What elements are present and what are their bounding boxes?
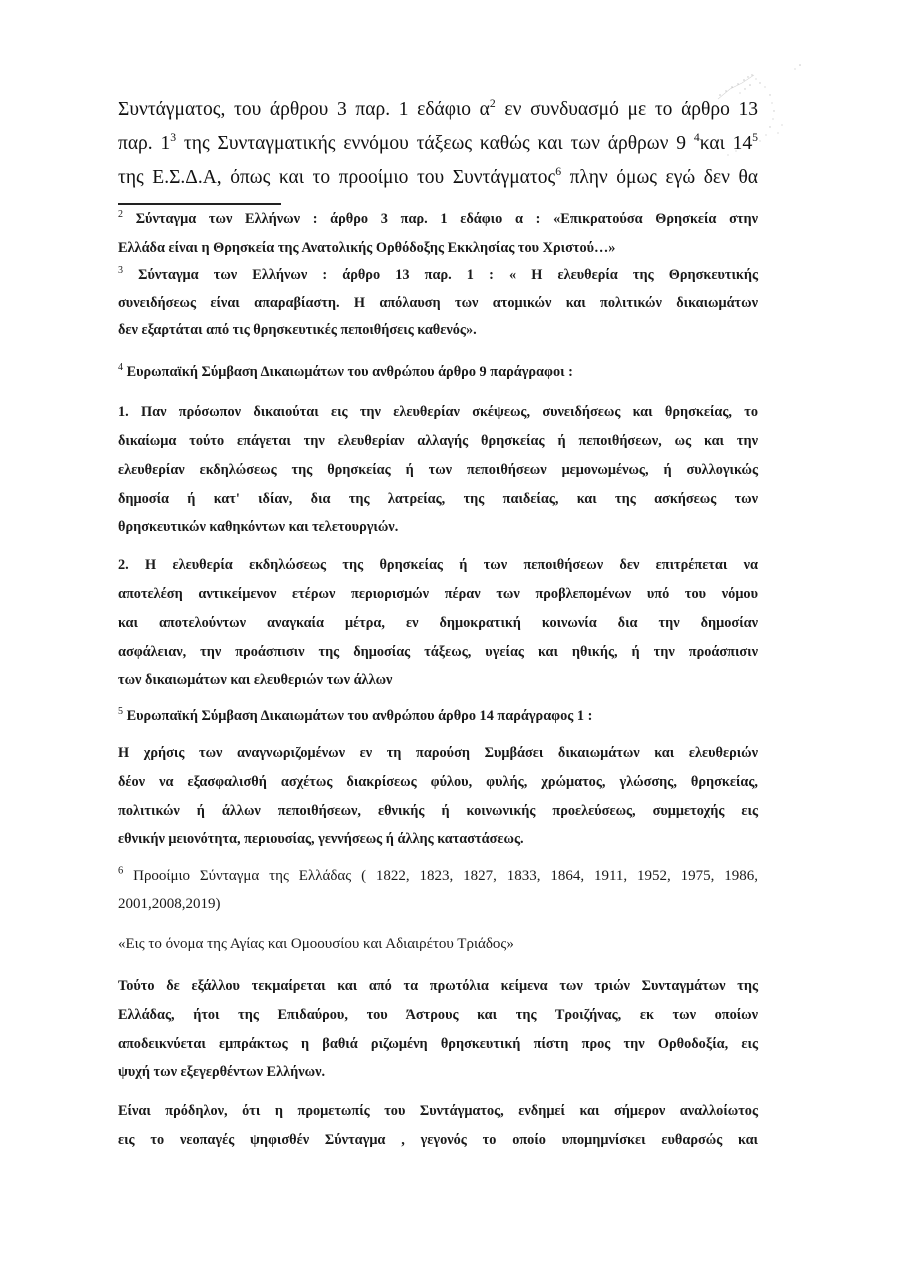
body-line-3: της Ε.Σ.Δ.Α, όπως και το προοίμιο του Συ…: [118, 168, 758, 188]
footnote-6-line-2: 2001,2008,2019): [118, 897, 758, 912]
footnote-5-line: δέον να εξασφαλισθή ασχέτως διακρίσεως φ…: [118, 775, 758, 789]
footnote-6-p1-line: Ελλάδας, ήτοι της Επιδαύρου, του Άστρους…: [118, 1008, 758, 1022]
footnote-6-p2-line: Είναι πρόδηλον, ότι η προμετωπίς του Συν…: [118, 1104, 758, 1118]
footnote-6-p1-line: αποδεικνύεται εμπράκτως η βαθιά ριζωμένη…: [118, 1037, 758, 1051]
footnote-5-heading: 5 Ευρωπαϊκή Σύμβαση Δικαιωμάτων του ανθρ…: [118, 709, 758, 723]
footnote-5-line: εθνικήν μειονότητα, περιουσίας, γεννήσεω…: [118, 832, 758, 846]
footnote-4-p1-line: 1. Παν πρόσωπον δικαιούται εις την ελευθ…: [118, 405, 758, 419]
footnote-5-line: πολιτικών ή άλλων πεποιθήσεων, εθνικής ή…: [118, 804, 758, 818]
footnote-4-p1-line: δημοσία ή κατ' ιδίαν, δια της λατρείας, …: [118, 492, 758, 506]
footnote-5-line: Η χρήσις των αναγνωριζομένων εν τη παρού…: [118, 746, 758, 760]
footnote-3-line-3: δεν εξαρτάται από τις θρησκευτικές πεποι…: [118, 323, 758, 337]
footnote-6-line-1: 6 Προοίμιο Σύνταγμα της Ελλάδας ( 1822, …: [118, 869, 758, 884]
footnote-3-line-1: 3 Σύνταγμα των Ελλήνων : άρθρο 13 παρ. 1…: [118, 268, 758, 282]
footnote-3-line-2: συνειδήσεως είναι απαραβίαστη. Η απόλαυσ…: [118, 296, 758, 310]
footnote-4-p1-line: θρησκευτικών καθηκόντων και τελετουργιών…: [118, 520, 758, 534]
footnote-4-p2-line: των δικαιωμάτων και ελευθεριών των άλλων: [118, 673, 758, 687]
body-line-2: παρ. 13 της Συνταγματικής εννόμου τάξεως…: [118, 134, 758, 154]
footnote-2-line-2: Ελλάδα είναι η Θρησκεία της Ανατολικής Ο…: [118, 241, 758, 255]
footnote-4-p2-line: 2. Η ελευθερία εκδηλώσεως της θρησκείας …: [118, 558, 758, 572]
document-page: Συντάγματος, του άρθρου 3 παρ. 1 εδάφιο …: [0, 0, 904, 1276]
footnote-2-line-1: 2 Σύνταγμα των Ελλήνων : άρθρο 3 παρ. 1 …: [118, 212, 758, 226]
footnote-6-p1-line: Τούτο δε εξάλλου τεκμαίρεται και από τα …: [118, 979, 758, 993]
footnote-separator: [118, 203, 281, 205]
footnote-4-p2-line: ασφάλειαν, την προάσπισιν της δημοσίας τ…: [118, 645, 758, 659]
footnote-4-p1-line: δικαίωμα τούτο επάγεται την ελευθερίαν α…: [118, 434, 758, 448]
footnote-4-p1-line: ελευθερίαν εκδηλώσεως της θρησκείας ή τω…: [118, 463, 758, 477]
footnote-ref-5[interactable]: 5: [752, 131, 758, 144]
footnote-6-p2-line: εις το νεοπαγές ψηφισθέν Σύνταγμα , γεγο…: [118, 1133, 758, 1147]
footnote-4-p2-line: και αποτελούντων αναγκαία μέτρα, εν δημο…: [118, 616, 758, 630]
footnote-4-heading: 4 Ευρωπαϊκή Σύμβαση Δικαιωμάτων του ανθρ…: [118, 365, 758, 379]
footnote-6-p1-line: ψυχή των εξεγερθέντων Ελλήνων.: [118, 1065, 758, 1079]
footnote-6-quote: «Εις το όνομα της Αγίας και Ομοουσίου κα…: [118, 937, 758, 952]
footnote-4-p2-line: αποτελέση αντικείμενον ετέρων περιορισμώ…: [118, 587, 758, 601]
body-line-1: Συντάγματος, του άρθρου 3 παρ. 1 εδάφιο …: [118, 100, 758, 120]
